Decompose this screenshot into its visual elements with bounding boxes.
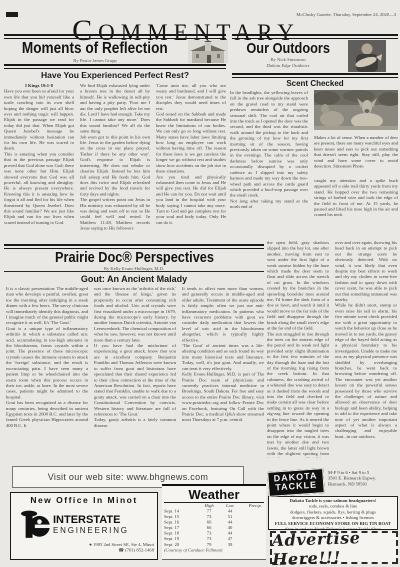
outdoors-top-column-2-textwrap: caught my attention and a spike buck app… <box>314 178 398 238</box>
weather-courtesy: (Courtesy of Candace Fellman) <box>164 547 264 553</box>
moments-column-2-text: We find Elijah exhausted lying under a b… <box>80 83 150 231</box>
location-pin-icon: ● <box>89 542 92 547</box>
moments-column-2: We find Elijah exhausted lying under a b… <box>80 83 150 240</box>
weather-low: 39 <box>220 542 240 548</box>
moments-masthead: Moments of Reflection By Pastor James Gr… <box>4 40 226 64</box>
outdoors-headline: Scent Checked <box>232 79 398 88</box>
moments-column-3-text: 'Come unto me, all you who are weary and… <box>156 83 226 226</box>
moments-byline: By Pastor James Grupp <box>4 58 186 64</box>
moments-column-1: I Kings 19:1-8 Have you ever been so afr… <box>4 83 74 240</box>
advertise-here-box: Advertise Here!!! <box>270 531 398 564</box>
advertise-here-text: Advertise Here!!! <box>271 526 396 567</box>
dakota-body-box: Dakota Tackle is your salmon headquarter… <box>268 496 398 530</box>
outdoors-bottom-column-2: over and over again, throwing his head b… <box>335 240 397 458</box>
dakota-tackle-ad: DAKOTA TACKLE M-F 9 to 6 • Sat 9 to 5 35… <box>268 470 398 528</box>
dakota-address-wrap: M-F 9 to 6 • Sat 9 to 5 3501 E. Bismarck… <box>328 470 392 490</box>
weather-title: Weather <box>164 487 264 503</box>
outdoors-top-column-2: Makes a lot of sense. When a number of d… <box>314 90 398 238</box>
outdoors-top-column-1-text: In the headlights, the yellowing leaves … <box>230 90 308 210</box>
outdoors-masthead: Our Outdoors By Nick Simonson Dakota Edg… <box>232 40 398 73</box>
prairiedoc-column-1-text: It is a classic presentation: The middle… <box>6 286 88 429</box>
prairiedoc-columns: It is a classic presentation: The middle… <box>6 286 264 458</box>
website-url: Visit our web site: www.bhgnews.com <box>48 472 208 482</box>
outdoors-bottom-columns: the open field, gray shadows slipped int… <box>267 240 397 458</box>
moments-masthead-text: Moments of Reflection <box>22 40 168 58</box>
outdoors-bottom-column-1: the open field, gray shadows slipped int… <box>267 240 329 458</box>
interstate-website-wrap: www.interstateeng.com <box>14 507 21 541</box>
interstate-contact-wrap: ● 1905 2nd Street SE, Ste 4, Minot ☎ (70… <box>14 542 154 556</box>
weather-table-wrap: High Low Precip. Sept. 14 77 44 Sept. 15… <box>164 503 264 555</box>
weather-high: 79 <box>199 542 219 548</box>
moments-column-1-text: Have you ever been so afraid for your ow… <box>4 89 74 226</box>
prairiedoc-column-1: It is a classic presentation: The middle… <box>6 286 88 458</box>
prairiedoc-column-2: was once known as the 'arthritis of the … <box>94 286 176 458</box>
dakota-tackle-logo: DAKOTA TACKLE <box>267 468 324 497</box>
moments-columns: I Kings 19:1-8 Have you ever been so afr… <box>4 83 226 240</box>
outdoors-top-column-1: In the headlights, the yellowing leaves … <box>230 90 308 238</box>
interstate-logo-monogram <box>21 510 51 538</box>
prairiedoc-column-3: It tends to affect men more than women, … <box>182 286 264 458</box>
interstate-headline: New Office In Minot <box>14 495 154 505</box>
outdoors-byline2: Dakota Edge Outdoors <box>232 63 344 69</box>
weather-table: High Low Precip. Sept. 14 77 44 Sept. 15… <box>164 503 264 547</box>
outdoors-byline2-wrap: Dakota Edge Outdoors <box>232 63 344 69</box>
prairiedoc-masthead-text: Prairie Doc® Perspectives <box>55 249 214 266</box>
prairiedoc-headline: Gout: An Ancient Malady <box>4 274 264 284</box>
dakota-address2: Bismarck, ND 58501 <box>328 481 392 487</box>
dakota-logo-line2: TACKLE <box>274 481 318 493</box>
prairiedoc-masthead-title: Prairie Doc® Perspectives <box>4 249 264 266</box>
deer-photo <box>314 90 398 130</box>
outdoors-masthead-text: Our Outdoors <box>246 40 330 57</box>
newspaper-page: McClusky Gazette, Thursday, September 24… <box>0 0 400 567</box>
columnist-photo <box>348 40 386 72</box>
divider-rule <box>4 271 264 272</box>
weather-precip <box>241 542 264 548</box>
outdoors-masthead-title: Our Outdoors <box>232 40 344 57</box>
prairiedoc-column-2-text: was once known as the 'arthritis of the … <box>94 286 176 429</box>
moments-column-3: 'Come unto me, all you who are weary and… <box>156 83 226 240</box>
interstate-ad: New Office In Minot www.interstateeng.co… <box>10 492 158 560</box>
prairiedoc-masthead: Prairie Doc® Perspectives By Kelly Evans… <box>4 249 264 273</box>
church-clipart-image <box>188 40 228 63</box>
outdoors-bottom-column-2-text: over and over again, throwing his head b… <box>335 240 397 440</box>
outdoors-top-columns: In the headlights, the yellowing leaves … <box>230 90 398 238</box>
moments-masthead-title: Moments of Reflection <box>4 40 186 58</box>
dakota-header-row: DAKOTA TACKLE M-F 9 to 6 • Sat 9 to 5 35… <box>268 470 398 495</box>
deer-photo-caption-wrap: Makes a lot of sense. When a number of d… <box>314 135 398 178</box>
weather-date: Sept. 20 <box>164 542 198 548</box>
phone-icon: ☎ <box>118 548 124 553</box>
interstate-phone: (701) 852-1468 <box>125 548 154 553</box>
deer-photo-caption: Makes a lot of sense. When a number of d… <box>314 135 398 169</box>
outdoors-top-column-2-text: caught my attention and a spike buck app… <box>314 178 398 218</box>
interstate-company-line2: ENGINEERING <box>53 526 129 535</box>
interstate-phone-line: ☎ (701) 852-1468 <box>14 548 154 554</box>
interstate-address: 1905 2nd Street SE, Ste 4, Minot <box>93 542 154 547</box>
interstate-wordmark: INTERSTATE ENGINEERING <box>53 514 129 535</box>
interstate-company-line1: INTERSTATE <box>53 514 129 526</box>
outdoors-bottom-column-1-text: the open field, gray shadows slipped int… <box>267 240 329 458</box>
weather-box: Weather High Low Precip. Sept. 14 77 44 … <box>162 484 266 560</box>
interstate-logo-row: www.interstateeng.com INTERSTATE ENGINEE… <box>14 507 154 541</box>
prairiedoc-column-3-text: It tends to affect men more than women, … <box>182 286 264 423</box>
moments-headline: Have You Experienced Perfect Rest? <box>4 70 226 80</box>
outdoors-byline: By Nick Simonson <box>232 57 344 63</box>
